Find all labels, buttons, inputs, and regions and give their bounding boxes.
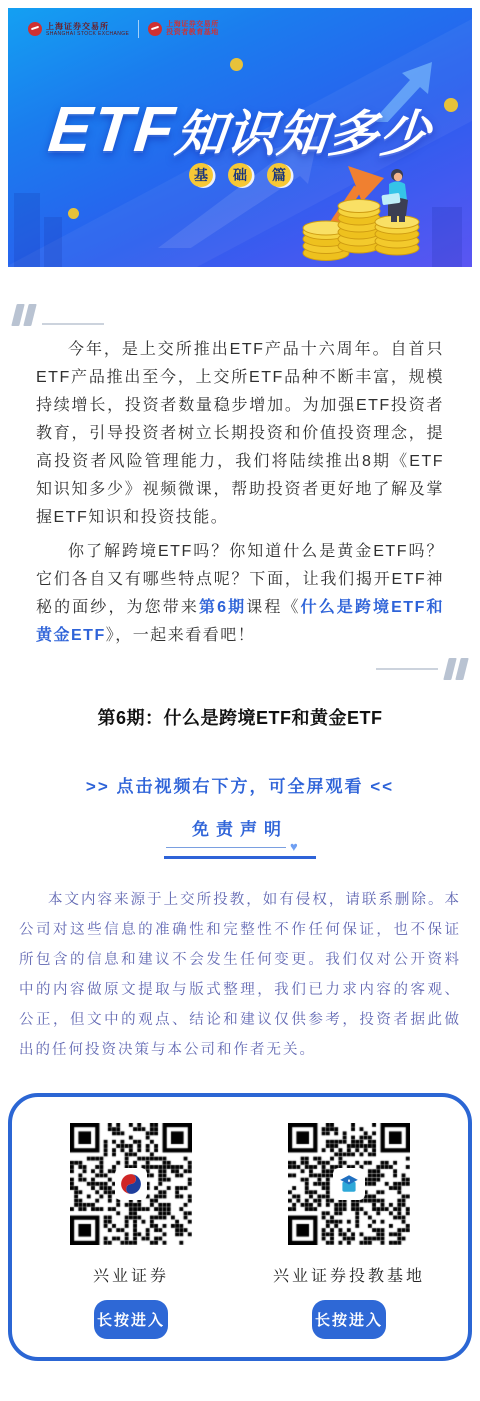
- coins-person-illustration: [296, 154, 436, 267]
- sse-logo-name: 上海证券交易所: [46, 22, 129, 31]
- xyzq-swirl-logo-icon: [116, 1169, 146, 1199]
- qr-panel: 兴业证券 长按进入 兴业证券投教基地 长按进入: [8, 1093, 472, 1361]
- sse-investor-edu-logo-icon: [148, 22, 162, 36]
- episode-number-highlight: 第6期: [199, 599, 246, 616]
- p2-text: 课程《: [246, 599, 300, 616]
- open-quote-icon: [14, 304, 34, 326]
- video-fullscreen-hint: >> 点击视频右下方，可全屏观看 <<: [0, 772, 480, 797]
- qr-column-xyzq: 兴业证券 长按进入: [22, 1123, 240, 1339]
- qr-label-xyzq: 兴业证券: [93, 1263, 169, 1286]
- thin-line: [166, 847, 286, 848]
- qr-label-edu-base: 兴业证券投教基地: [273, 1263, 425, 1286]
- edu-base-logo-icon: [334, 1169, 364, 1199]
- close-quote: [0, 658, 466, 682]
- thick-line: [164, 856, 316, 859]
- edu-logo-line2: 投资者教育基地: [166, 29, 219, 37]
- qr-code-xyzq[interactable]: [70, 1123, 192, 1245]
- badge-pian: 篇: [267, 163, 291, 187]
- episode-paragraph: 你了解跨境ETF吗？你知道什么是黄金ETF吗？它们各自又有哪些特点呢？下面，让我…: [36, 538, 444, 650]
- sse-logo-sub: SHANGHAI STOCK EXCHANGE: [46, 31, 129, 37]
- intro-paragraph: 今年，是上交所推出ETF产品十六周年。自首只ETF产品推出至今，上交所ETF品种…: [36, 336, 444, 532]
- sse-logo-icon: [28, 22, 42, 36]
- edu-logo-line1: 上海证券交易所: [166, 21, 219, 29]
- p2-text: 》，一起来看看吧！: [106, 627, 256, 644]
- building-silhouette: [432, 207, 462, 267]
- banner-title-etf: ETF: [45, 93, 179, 165]
- sse-logo: 上海证券交易所 SHANGHAI STOCK EXCHANGE: [28, 22, 129, 37]
- quote-line: [376, 668, 438, 670]
- episode-heading: 第6期：什么是跨境ETF和黄金ETF: [0, 704, 480, 730]
- disclaimer-title: 免责声明: [0, 815, 480, 840]
- header-logos: 上海证券交易所 SHANGHAI STOCK EXCHANGE 上海证券交易所 …: [28, 20, 219, 38]
- quote-line: [42, 323, 104, 325]
- hero-banner: 上海证券交易所 SHANGHAI STOCK EXCHANGE 上海证券交易所 …: [8, 8, 472, 267]
- badge-ji: 基: [189, 163, 213, 187]
- qr-column-edu-base: 兴业证券投教基地 长按进入: [240, 1123, 458, 1339]
- open-quote: [14, 302, 480, 326]
- close-quote-icon: [446, 658, 466, 680]
- building-silhouette: [44, 217, 62, 267]
- disclaimer-body: 本文内容来源于上交所投教，如有侵权，请联系删除。本公司对这些信息的准确性和完整性…: [19, 885, 461, 1065]
- article-page: 上海证券交易所 SHANGHAI STOCK EXCHANGE 上海证券交易所 …: [0, 0, 480, 1401]
- gold-dot: [230, 58, 243, 71]
- disclaimer-underline: ♥: [164, 842, 316, 859]
- logo-divider: [138, 20, 139, 38]
- long-press-button-xyzq[interactable]: 长按进入: [94, 1300, 168, 1339]
- long-press-button-edu-base[interactable]: 长按进入: [312, 1300, 386, 1339]
- heart-icon: ♥: [290, 842, 298, 852]
- sse-investor-edu-logo: 上海证券交易所 投资者教育基地: [148, 21, 219, 37]
- person-icon: [381, 169, 408, 222]
- building-silhouette: [14, 193, 40, 267]
- gold-dot: [68, 208, 79, 219]
- badge-chu: 础: [228, 163, 252, 187]
- qr-code-edu-base[interactable]: [288, 1123, 410, 1245]
